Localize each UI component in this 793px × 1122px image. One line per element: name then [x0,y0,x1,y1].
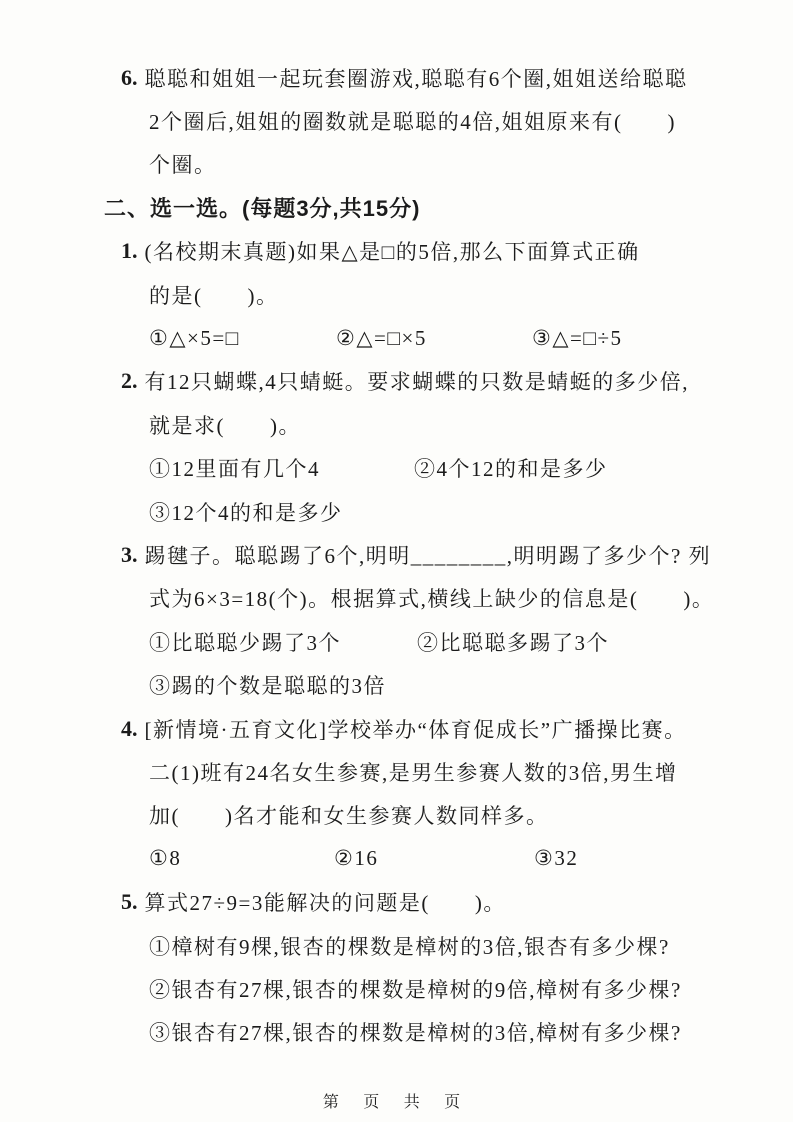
question-1-option-3: ③△=□÷5 [532,326,623,351]
question-6-number: 6. [121,65,138,91]
question-6-text: 聪聪和姐姐一起玩套圈游戏,聪聪有6个圈,姐姐送给聪聪 [145,63,688,93]
question-3-options-row-2: ③踢的个数是聪聪的3倍 [0,663,793,706]
page-footer: 第 页 共 页 [0,1089,793,1112]
question-4-options: ①8 ②16 ③32 [0,837,793,880]
question-5-option-1: ①樟树有9棵,银杏的棵数是樟树的3倍,银杏有多少棵? [0,924,793,967]
question-2-line-2: 就是求( )。 [0,403,793,446]
question-3-number: 3. [121,542,138,568]
question-1-number: 1. [121,238,138,264]
question-3-text: 踢毽子。聪聪踢了6个,明明________,明明踢了多少个? 列 [145,540,712,570]
question-5-number: 5. [121,889,138,915]
question-4-number: 4. [121,716,138,742]
question-1-option-1: ①△×5=□ [149,326,336,351]
question-5-option-3: ③银杏有27棵,银杏的棵数是樟树的3倍,樟树有多少棵? [0,1011,793,1054]
question-6-line-3: 个圈。 [0,143,793,186]
question-3-line-2: 式为6×3=18(个)。根据算式,横线上缺少的信息是( )。 [0,577,793,620]
question-2-line-1: 2. 有12只蝴蝶,4只蜻蜓。要求蝴蝶的只数是蜻蜓的多少倍, [0,360,793,403]
question-1-options: ①△×5=□ ②△=□×5 ③△=□÷5 [0,316,793,359]
worksheet-page: 6. 聪聪和姐姐一起玩套圈游戏,聪聪有6个圈,姐姐送给聪聪 2个圈后,姐姐的圈数… [0,0,793,1122]
question-6-line-1: 6. 聪聪和姐姐一起玩套圈游戏,聪聪有6个圈,姐姐送给聪聪 [0,56,793,99]
question-1-text: (名校期末真题)如果△是□的5倍,那么下面算式正确 [145,236,640,266]
question-1-line-1: 1. (名校期末真题)如果△是□的5倍,那么下面算式正确 [0,230,793,273]
question-4-option-2: ②16 [334,846,534,871]
question-5-text: 算式27÷9=3能解决的问题是( )。 [145,887,506,917]
question-4: 4. [新情境·五育文化]学校举办“体育促成长”广播操比赛。 二(1)班有24名… [0,707,793,881]
question-2-options-row-2: ③12个4的和是多少 [0,490,793,533]
question-2-option-2: ②4个12的和是多少 [414,453,608,483]
question-4-line-1: 4. [新情境·五育文化]学校举办“体育促成长”广播操比赛。 [0,707,793,750]
question-2-text: 有12只蝴蝶,4只蜻蜓。要求蝴蝶的只数是蜻蜓的多少倍, [145,366,690,396]
question-3-options-row-1: ①比聪聪少踢了3个 ②比聪聪多踢了3个 [0,620,793,663]
question-3-option-1: ①比聪聪少踢了3个 [149,627,417,657]
question-4-line-3: 加( )名才能和女生参赛人数同样多。 [0,794,793,837]
question-3: 3. 踢毽子。聪聪踢了6个,明明________,明明踢了多少个? 列 式为6×… [0,533,793,707]
question-1-option-2: ②△=□×5 [336,326,532,351]
question-5: 5. 算式27÷9=3能解决的问题是( )。 ①樟树有9棵,银杏的棵数是樟树的3… [0,880,793,1054]
question-1: 1. (名校期末真题)如果△是□的5倍,那么下面算式正确 的是( )。 ①△×5… [0,230,793,360]
question-2: 2. 有12只蝴蝶,4只蜻蜓。要求蝴蝶的只数是蜻蜓的多少倍, 就是求( )。 ①… [0,360,793,534]
question-3-line-1: 3. 踢毽子。聪聪踢了6个,明明________,明明踢了多少个? 列 [0,533,793,576]
question-4-option-3: ③32 [534,846,578,871]
section-2-title: 二、选一选。(每题3分,共15分) [0,186,793,229]
worksheet-content: 6. 聪聪和姐姐一起玩套圈游戏,聪聪有6个圈,姐姐送给聪聪 2个圈后,姐姐的圈数… [0,56,793,1054]
question-2-number: 2. [121,368,138,394]
question-5-option-2: ②银杏有27棵,银杏的棵数是樟树的9倍,樟树有多少棵? [0,967,793,1010]
question-4-text: [新情境·五育文化]学校举办“体育促成长”广播操比赛。 [145,714,687,744]
question-5-line-1: 5. 算式27÷9=3能解决的问题是( )。 [0,880,793,923]
question-2-option-1: ①12里面有几个4 [149,453,414,483]
question-4-line-2: 二(1)班有24名女生参赛,是男生参赛人数的3倍,男生增 [0,750,793,793]
question-2-option-3: ③12个4的和是多少 [149,497,343,527]
question-3-option-2: ②比聪聪多踢了3个 [417,627,609,657]
question-4-option-1: ①8 [149,846,334,871]
question-6-line-2: 2个圈后,姐姐的圈数就是聪聪的4倍,姐姐原来有( ) [0,99,793,142]
question-1-line-2: 的是( )。 [0,273,793,316]
question-2-options-row-1: ①12里面有几个4 ②4个12的和是多少 [0,447,793,490]
question-3-option-3: ③踢的个数是聪聪的3倍 [149,670,386,700]
question-6: 6. 聪聪和姐姐一起玩套圈游戏,聪聪有6个圈,姐姐送给聪聪 2个圈后,姐姐的圈数… [0,56,793,186]
